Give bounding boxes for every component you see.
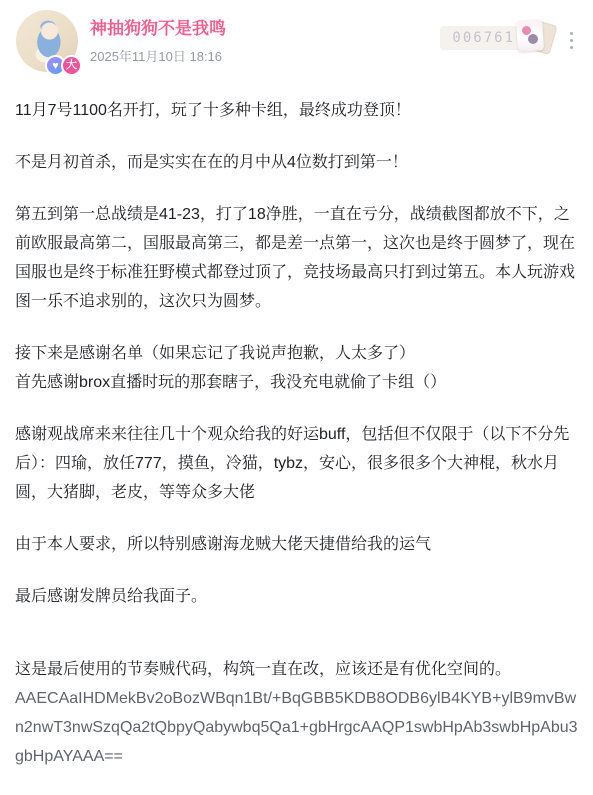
avatar[interactable]: ♥ 大 (16, 10, 78, 72)
post-paragraph: 11月7号1100名开打，玩了十多种卡组，最终成功登顶！ (15, 96, 578, 125)
deck-code[interactable]: AAECAaIHDMekBv2oBozWBqn1Bt/+BqGBB5KDB8OD… (15, 684, 578, 771)
deck-block: 这是最后使用的节奏贼代码，构筑一直在改，应该还是有优化空间的。 AAECAaIH… (15, 655, 578, 771)
post-paragraph: 最后感谢发牌员给我面子。 (15, 582, 578, 611)
post-header: ♥ 大 神抽狗狗不是我鸣 2025年11月10日 18:16 006761 (0, 0, 593, 78)
post-paragraph: 接下来是感谢名单（如果忘记了我说声抱歉，人太多了） 首先感谢brox直播时玩的那… (15, 339, 578, 397)
post-paragraph: 由于本人要求，所以特别感谢海龙贼大佬天捷借给我的运气 (15, 530, 578, 559)
username[interactable]: 神抽狗狗不是我鸣 (90, 18, 226, 40)
post-body: 11月7号1100名开打，玩了十多种卡组，最终成功登顶！不是月初首杀，而是实实在… (0, 78, 593, 795)
deck-intro: 这是最后使用的节奏贼代码，构筑一直在改，应该还是有优化空间的。 (15, 655, 578, 684)
post-paragraph: 感谢观战席来来往往几十个观众给我的好运buff，包括但不仅限于（以下不分先后）：… (15, 420, 578, 507)
author-block: 神抽狗狗不是我鸣 2025年11月10日 18:16 (90, 10, 226, 65)
header-right: 006761 (440, 24, 579, 54)
more-options-icon[interactable] (563, 26, 579, 54)
post-date: 2025年11月10日 18:16 (90, 46, 226, 65)
fan-medal-widget[interactable]: 006761 (440, 24, 549, 52)
avatar-badges: ♥ 大 (45, 55, 82, 76)
medal-number: 006761 (452, 30, 515, 46)
post-paragraph: 第五到第一总战绩是41-23，打了18净胜，一直在亏分，战绩截图都放不下，之前欧… (15, 200, 578, 316)
post-paragraph: 不是月初首杀，而是实实在在的月中从4位数打到第一！ (15, 148, 578, 177)
fan-card-icon (515, 18, 557, 54)
fan-level-badge-icon[interactable]: 大 (61, 55, 82, 76)
post-page: ♥ 大 神抽狗狗不是我鸣 2025年11月10日 18:16 006761 (0, 0, 593, 795)
post-paragraphs: 11月7号1100名开打，玩了十多种卡组，最终成功登顶！不是月初首杀，而是实实在… (15, 96, 578, 611)
